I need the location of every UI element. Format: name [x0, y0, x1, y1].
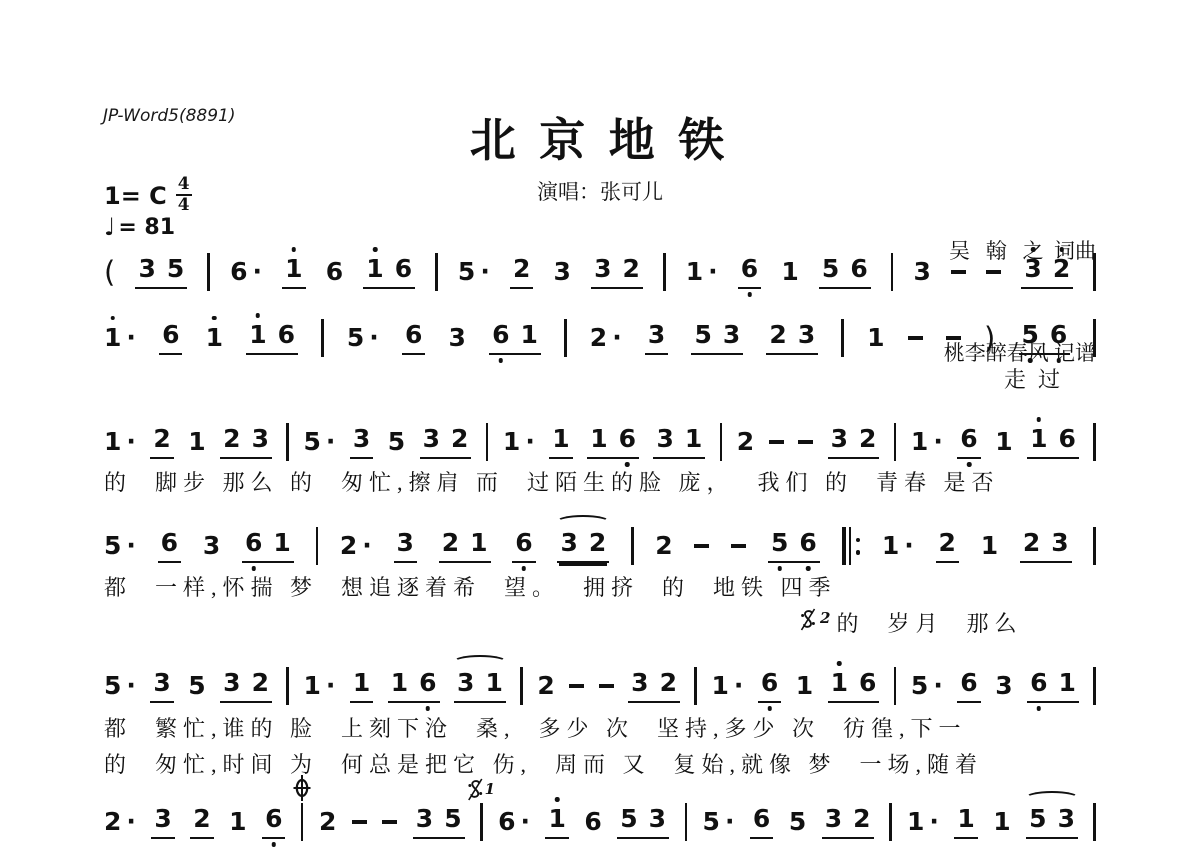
barline — [286, 423, 289, 461]
note: 2 — [660, 669, 677, 698]
note: 6 — [758, 669, 781, 703]
note-token: 1· — [882, 532, 914, 561]
augmentation-dot: · — [734, 673, 744, 698]
note: 1 — [1030, 425, 1047, 454]
note: 1 — [521, 321, 538, 350]
augmentation-dot: · — [520, 809, 530, 834]
note: 1 — [549, 425, 572, 459]
note: 5 — [458, 258, 475, 287]
note: 6 — [619, 425, 636, 454]
key-signature: 1= C 4 4 — [104, 176, 192, 215]
note: 6 — [957, 669, 980, 703]
note-token: 5· — [303, 428, 335, 457]
barline — [321, 319, 324, 357]
dash-extension — [382, 820, 397, 824]
note-token: 3 — [449, 324, 466, 353]
note: 1 — [831, 669, 848, 698]
note-group: 23 — [766, 321, 818, 355]
note-token: 1· — [104, 324, 136, 353]
note: 6 — [1030, 669, 1047, 698]
note: 6 — [278, 321, 295, 350]
augmentation-dot: · — [126, 325, 136, 350]
staff-line-3: 1·21235·35321·116312321·6116 — [104, 420, 1096, 464]
note: 1 — [206, 324, 223, 353]
barline — [1093, 803, 1096, 841]
note: 5 — [104, 672, 121, 701]
note: 5 — [789, 808, 806, 837]
note: 3 — [594, 255, 611, 284]
note-token: 2· — [590, 324, 622, 353]
note-group: 32 — [822, 805, 874, 839]
note: 2 — [623, 255, 640, 284]
note: 2 — [737, 428, 754, 457]
note: 5 — [167, 255, 184, 284]
barline — [564, 319, 567, 357]
augmentation-dot: · — [253, 259, 263, 284]
note-group: 32 — [1021, 255, 1073, 289]
note: 3 — [151, 805, 174, 839]
note-group: 35 — [413, 805, 465, 839]
barline — [1093, 319, 1096, 357]
augmentation-dot: · — [362, 533, 372, 558]
dash-extension — [731, 544, 746, 548]
note: 2 — [1053, 255, 1070, 284]
note-group: 32 — [420, 425, 472, 459]
augmentation-dot: · — [708, 259, 718, 284]
note-token: 5· — [911, 672, 943, 701]
note: 2 — [510, 255, 533, 289]
augmentation-dot: · — [126, 809, 136, 834]
note: 1 — [882, 532, 899, 561]
note: 3 — [423, 425, 440, 454]
time-numerator: 4 — [176, 175, 192, 196]
note-token: 1 — [867, 324, 884, 353]
note: 2 — [590, 324, 607, 353]
note: 3 — [631, 669, 648, 698]
note: 1 — [104, 428, 121, 457]
note: 1 — [391, 669, 408, 698]
note-token: 1 — [796, 672, 813, 701]
note-group: 16 — [587, 425, 639, 459]
note: 2 — [936, 529, 959, 563]
note: 5 — [188, 672, 205, 701]
note-token: 2 — [319, 808, 336, 837]
note-token: 6· — [498, 808, 530, 837]
staff-line-6: 2·321623516·16535·65321·1153 — [104, 800, 1096, 844]
note: 6 — [162, 321, 179, 350]
segno1-marker: 1 — [468, 778, 495, 801]
note: 3 — [449, 324, 466, 353]
barline — [1093, 527, 1096, 565]
lyrics-row-1: 走过 — [1004, 363, 1072, 394]
note: 2 — [193, 805, 210, 834]
note: 6 — [741, 255, 758, 284]
barline — [486, 423, 489, 461]
note: 2 — [769, 321, 786, 350]
note: 1 — [995, 428, 1012, 457]
note: 6 — [1050, 321, 1067, 350]
lyrics-row-2: 的 脚步 那么 的 匆忙,擦肩 而 过陌生的脸 庞， 我们 的 青春 是否 — [104, 466, 1000, 497]
note-group: 16 — [1027, 425, 1079, 459]
note: 6 — [159, 321, 182, 355]
note-token: 1· — [711, 672, 743, 701]
dash-extension — [569, 684, 584, 688]
note-token: 2· — [104, 808, 136, 837]
note: 2 — [513, 255, 530, 284]
note: 1 — [350, 669, 373, 703]
note-token: 1· — [907, 808, 939, 837]
note-token: 1 — [206, 324, 223, 353]
segno-icon — [468, 778, 484, 801]
note: 3 — [150, 669, 173, 703]
barline — [841, 319, 844, 357]
note: 1 — [188, 428, 205, 457]
note-token: 1 — [981, 532, 998, 561]
note: 5 — [104, 532, 121, 561]
note: 1 — [104, 324, 121, 353]
note: 3 — [223, 669, 240, 698]
note: 6 — [326, 258, 343, 287]
note-group: 16 — [388, 669, 440, 703]
note: 6 — [161, 529, 178, 558]
note: 3 — [831, 425, 848, 454]
segno-icon — [800, 608, 816, 631]
note: 6 — [960, 669, 977, 698]
note: 1 — [303, 672, 320, 701]
note: 1 — [1058, 669, 1075, 698]
note-token: 1· — [104, 428, 136, 457]
note: 3 — [723, 321, 740, 350]
note-token: 5· — [104, 672, 136, 701]
note-token: 2· — [340, 532, 372, 561]
segno-number: 2 — [820, 609, 836, 627]
note: 1 — [249, 321, 266, 350]
note: 1 — [907, 808, 924, 837]
time-denominator: 4 — [176, 196, 192, 215]
note: 6 — [402, 321, 425, 355]
staff-line-1: (356·16165·23321·6156332 — [104, 250, 1096, 294]
note: 1 — [545, 805, 568, 839]
note: 1 — [503, 428, 520, 457]
note: 2 — [150, 425, 173, 459]
note-token: 3 — [203, 532, 220, 561]
note: 2 — [853, 805, 870, 834]
note: 3 — [656, 425, 673, 454]
note: 5 — [444, 805, 461, 834]
note: 6 — [230, 258, 247, 287]
note: 6 — [584, 808, 601, 837]
note: 3 — [350, 425, 373, 459]
note: 2 — [939, 529, 956, 558]
segno-number: 1 — [485, 780, 495, 798]
staff-line-5: 5·35321·116312321·61165·6361 — [104, 664, 1096, 708]
barline — [301, 803, 304, 841]
dash-extension — [798, 440, 813, 444]
note-group: 31 — [454, 669, 506, 703]
note-token: 5 — [388, 428, 405, 457]
note: 6 — [512, 529, 535, 563]
note: 6 — [957, 425, 980, 459]
parenthesis: ( — [104, 258, 115, 287]
dash-extension — [986, 270, 1001, 274]
note: 6 — [859, 669, 876, 698]
note-token: 5· — [347, 324, 379, 353]
dash-extension — [769, 440, 784, 444]
note: 6 — [419, 669, 436, 698]
note-group: 32 — [628, 669, 680, 703]
note-token: 1· — [503, 428, 535, 457]
note: 1 — [711, 672, 728, 701]
quarter-note-icon: ♩ — [104, 213, 115, 241]
note: 2 — [537, 672, 554, 701]
note: 3 — [153, 669, 170, 698]
barline — [663, 253, 666, 291]
note: 5 — [822, 255, 839, 284]
sheet-music-page: JP-Word5(8891) 北 京 地 铁 演唱：张可儿 吴 翰 之 词曲 桃… — [0, 0, 1200, 850]
note-token: 5· — [104, 532, 136, 561]
note: 5 — [911, 672, 928, 701]
note-group: 61 — [489, 321, 541, 355]
note-group: 32 — [220, 669, 272, 703]
augmentation-dot: · — [126, 429, 136, 454]
note: 5 — [620, 805, 637, 834]
note: 1 — [548, 805, 565, 834]
note: 5 — [347, 324, 364, 353]
note-group: 31 — [653, 425, 705, 459]
note-token: 3 — [995, 672, 1012, 701]
note-group: 53 — [617, 805, 669, 839]
barline — [631, 527, 634, 565]
note-token: 6 — [326, 258, 343, 287]
barline — [720, 423, 723, 461]
note-token: 5· — [458, 258, 490, 287]
note: 2 — [252, 669, 269, 698]
note: 2 — [1023, 529, 1040, 558]
tempo-marking: ♩ = 81 — [104, 213, 175, 241]
note-token: 2 — [655, 532, 672, 561]
note-group: 53 — [691, 321, 743, 355]
note: 1 — [954, 805, 977, 839]
augmentation-dot: · — [725, 809, 735, 834]
note: 3 — [416, 805, 433, 834]
note-group: 21 — [439, 529, 491, 563]
note: 2 — [451, 425, 468, 454]
note: 2 — [340, 532, 357, 561]
note: 1 — [273, 529, 290, 558]
note: 1 — [366, 255, 383, 284]
note: 6 — [761, 669, 778, 698]
note: 2 — [223, 425, 240, 454]
tempo-value: = 81 — [118, 215, 175, 240]
note: 3 — [252, 425, 269, 454]
note: 3 — [154, 805, 171, 834]
note: 3 — [995, 672, 1012, 701]
note: 3 — [560, 529, 577, 558]
augmentation-dot: · — [933, 673, 943, 698]
note: 1 — [590, 425, 607, 454]
barline — [685, 803, 688, 841]
key-text: 1= C — [104, 182, 167, 210]
note: 3 — [1051, 529, 1068, 558]
note: 3 — [649, 805, 666, 834]
note: 3 — [1024, 255, 1041, 284]
barline — [694, 667, 697, 705]
note-group: 56 — [819, 255, 871, 289]
segno2-marker: 2 — [800, 607, 836, 631]
note-token: 2 — [737, 428, 754, 457]
note: 2 — [190, 805, 213, 839]
note: 1 — [470, 529, 487, 558]
augmentation-dot: · — [612, 325, 622, 350]
note-group: 32 — [557, 529, 609, 563]
note: 1 — [229, 808, 246, 837]
time-signature: 4 4 — [176, 175, 192, 214]
augmentation-dot: · — [326, 429, 336, 454]
note-group: 32 — [591, 255, 643, 289]
note: 2 — [859, 425, 876, 454]
barline: 1 — [480, 803, 483, 841]
barline — [316, 527, 319, 565]
barline — [207, 253, 210, 291]
note: 1 — [485, 669, 502, 698]
note-group: 23 — [1020, 529, 1072, 563]
note: 2 — [153, 425, 170, 454]
note-group: 32 — [828, 425, 880, 459]
dash-extension — [908, 336, 923, 340]
note: 6 — [753, 805, 770, 834]
note-token: 5· — [703, 808, 735, 837]
note-token: 5 — [789, 808, 806, 837]
note: 6 — [245, 529, 262, 558]
note-token: 1· — [303, 672, 335, 701]
barline — [435, 253, 438, 291]
parenthesis: ) — [984, 324, 995, 353]
note: 6 — [492, 321, 509, 350]
note: 5 — [1022, 321, 1039, 350]
barline — [1093, 253, 1096, 291]
note-token: 6 — [584, 808, 601, 837]
note: 6 — [262, 805, 285, 839]
lyrics-row-4: 2的 岁月 那么 — [800, 607, 1022, 638]
note: 6 — [1058, 425, 1075, 454]
note: 3 — [394, 529, 417, 563]
repeat-start-sign — [842, 527, 861, 565]
barline — [1093, 667, 1096, 705]
note-group: 56 — [1019, 321, 1071, 355]
note-group: 23 — [220, 425, 272, 459]
song-title: 北 京 地 铁 — [0, 104, 1200, 170]
note: 3 — [645, 321, 668, 355]
note: 3 — [138, 255, 155, 284]
staff-line-2: 1·61165·63612·353231)56 — [104, 316, 1096, 360]
augmentation-dot: · — [126, 533, 136, 558]
note-group: 61 — [242, 529, 294, 563]
dash-extension — [352, 820, 367, 824]
note: 6 — [799, 529, 816, 558]
dash-extension — [694, 544, 709, 548]
note-group: 61 — [1027, 669, 1079, 703]
note: 1 — [957, 805, 974, 834]
note: 2 — [104, 808, 121, 837]
note-token: 1 — [995, 428, 1012, 457]
note: 3 — [457, 669, 474, 698]
note-token: 6· — [230, 258, 262, 287]
note: 1 — [686, 258, 703, 287]
augmentation-dot: · — [369, 325, 379, 350]
note: 3 — [825, 805, 842, 834]
note: 5 — [303, 428, 320, 457]
note: 1 — [353, 669, 370, 698]
note-token: 1 — [993, 808, 1010, 837]
note: 5 — [388, 428, 405, 457]
note: 6 — [850, 255, 867, 284]
credits-block: 吴 翰 之 词曲 桃李醉春风 记谱 — [944, 166, 1096, 438]
note: 1 — [993, 808, 1010, 837]
note: 1 — [781, 258, 798, 287]
note: 6 — [265, 805, 282, 834]
note: 6 — [498, 808, 515, 837]
note: 6 — [750, 805, 773, 839]
note: 2 — [655, 532, 672, 561]
note-token: 3 — [554, 258, 571, 287]
note: 6 — [960, 425, 977, 454]
note: 5 — [703, 808, 720, 837]
lyrics-row-6: 的 匆忙,时间 为 何总是把它 伤, 周而 又 复始,就像 梦 一场,随着 — [104, 748, 983, 779]
note: 2 — [319, 808, 336, 837]
dash-extension — [946, 336, 961, 340]
note: 6 — [158, 529, 181, 563]
note-group: 16 — [828, 669, 880, 703]
barline — [894, 667, 897, 705]
note: 1 — [282, 255, 305, 289]
note-group: 16 — [363, 255, 415, 289]
note: 1 — [981, 532, 998, 561]
note: 3 — [914, 258, 931, 287]
note: 1 — [552, 425, 569, 454]
note: 6 — [738, 255, 761, 289]
note-token: 5 — [188, 672, 205, 701]
note-token: 1 — [781, 258, 798, 287]
note: 3 — [1058, 805, 1075, 834]
note-token: 1 — [188, 428, 205, 457]
note: 1 — [796, 672, 813, 701]
note: 3 — [353, 425, 370, 454]
note: 5 — [694, 321, 711, 350]
note: 1 — [911, 428, 928, 457]
note-token: 3 — [914, 258, 931, 287]
augmentation-dot: · — [525, 429, 535, 454]
note: 1 — [685, 425, 702, 454]
note-group: 35 — [135, 255, 187, 289]
note-token: 1 — [229, 808, 246, 837]
note: 3 — [798, 321, 815, 350]
note: 3 — [648, 321, 665, 350]
note: 3 — [397, 529, 414, 558]
note-group: 16 — [246, 321, 298, 355]
note: 3 — [554, 258, 571, 287]
augmentation-dot: · — [904, 533, 914, 558]
barline — [1093, 423, 1096, 461]
barline — [520, 667, 523, 705]
note-token: 1· — [686, 258, 718, 287]
note-group: 56 — [768, 529, 820, 563]
augmentation-dot: · — [126, 673, 136, 698]
augmentation-dot: · — [326, 673, 336, 698]
lyrics-row-5: 都 繁忙,谁的 脸 上刻下沧 桑, 多少 次 坚持,多少 次 彷徨,下一 — [104, 712, 967, 743]
augmentation-dot: · — [933, 429, 943, 454]
lyrics-row-3: 都 一样,怀揣 梦 想追逐着希 望。 拥挤 的 地铁 四季 — [104, 571, 837, 602]
note-group: 53 — [1026, 805, 1078, 839]
